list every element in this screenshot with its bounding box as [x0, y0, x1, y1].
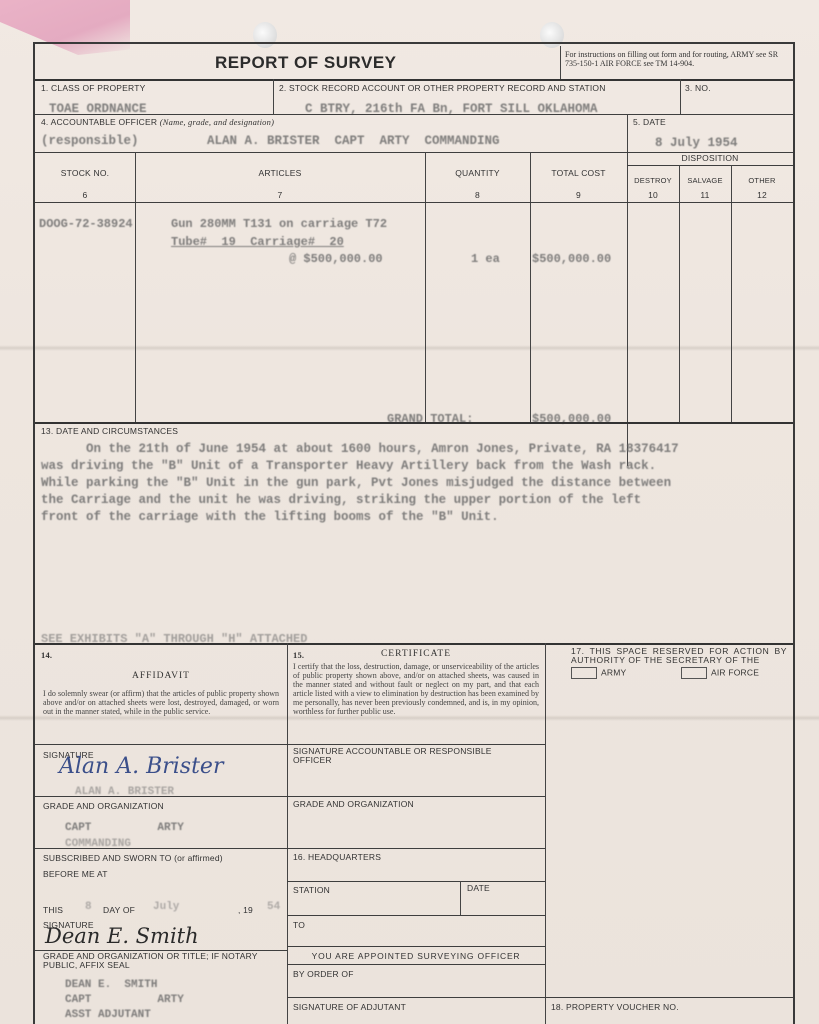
- responsible-prefix: (responsible): [41, 134, 139, 148]
- affidavit-signature[interactable]: Alan A. Brister: [59, 754, 223, 779]
- divider: [627, 114, 628, 466]
- accountable-officer-label-note: (Name, grade, and designation): [160, 117, 274, 127]
- certificate-signature-label: SIGNATURE ACCOUNTABLE OR RESPONSIBLE OFF…: [293, 747, 513, 765]
- circumstances-line: was driving the "B" Unit of a Transporte…: [41, 458, 679, 475]
- certificate-title: CERTIFICATE: [287, 649, 545, 659]
- quantity-cell[interactable]: 1 ea: [471, 252, 500, 266]
- this-label: THIS: [43, 905, 63, 915]
- affidavit-text: I do solemnly swear (or affirm) that the…: [43, 689, 279, 716]
- divider: [560, 46, 561, 79]
- sworn-label: SUBSCRIBED AND SWORN TO (or affirmed): [43, 853, 223, 863]
- circumstances-line: While parking the "B" Unit in the gun pa…: [41, 475, 679, 492]
- certificate-text: I certify that the loss, destruction, da…: [293, 662, 539, 716]
- hq-date-label: DATE: [467, 883, 490, 893]
- date-label: 5. DATE: [633, 117, 666, 127]
- divider: [35, 202, 793, 203]
- divider: [35, 114, 793, 115]
- col-salvage-header: SALVAGE: [679, 176, 731, 185]
- accountable-officer-value[interactable]: ALAN A. BRISTER CAPT ARTY COMMANDING: [207, 134, 500, 148]
- circumstances-line: On the 21th of June 1954 at about 1600 h…: [41, 441, 679, 458]
- circumstances-line: front of the carriage with the lifting b…: [41, 509, 679, 526]
- year-prefix: , 19: [238, 905, 253, 915]
- routing-instructions: For instructions on filling out form and…: [565, 50, 791, 68]
- number-label: 3. NO.: [685, 83, 711, 93]
- circumstances-label: 13. DATE AND CIRCUMSTANCES: [41, 426, 178, 436]
- divider: [545, 997, 793, 998]
- month-value[interactable]: July: [153, 901, 179, 913]
- to-label: TO: [293, 920, 305, 930]
- notary-line2[interactable]: CAPT ARTY: [65, 994, 184, 1006]
- disposition-header: DISPOSITION: [627, 153, 793, 163]
- divider: [287, 643, 288, 1024]
- col-quantity-header: QUANTITY: [425, 168, 530, 178]
- col-other-num: 12: [731, 190, 793, 200]
- divider: [545, 643, 546, 1024]
- circumstances-text[interactable]: On the 21th of June 1954 at about 1600 h…: [41, 441, 679, 526]
- col-quantity-num: 8: [425, 190, 530, 200]
- air-force-checkbox-box[interactable]: [681, 667, 707, 679]
- col-articles-num: 7: [135, 190, 425, 200]
- col-salvage-num: 11: [679, 190, 731, 200]
- date-value[interactable]: 8 July 1954: [655, 136, 738, 150]
- divider: [35, 744, 287, 745]
- report-of-survey-form: REPORT OF SURVEY For instructions on fil…: [33, 42, 795, 1024]
- before-me-label: BEFORE ME AT: [43, 869, 108, 879]
- article-cell-line3[interactable]: @ $500,000.00: [289, 252, 383, 266]
- divider: [35, 422, 793, 424]
- stock-no-cell[interactable]: DOOG-72-38924: [39, 217, 133, 231]
- divider: [287, 997, 545, 998]
- air-force-label: AIR FORCE: [711, 667, 759, 677]
- affidavit-title: AFFIDAVIT: [35, 671, 287, 681]
- col-stock-no-header: STOCK NO.: [35, 168, 135, 178]
- day-value[interactable]: 8: [85, 901, 92, 913]
- divider: [460, 881, 461, 915]
- accountable-officer-label: 4. ACCOUNTABLE OFFICER (Name, grade, and…: [41, 117, 274, 127]
- col-articles-header: ARTICLES: [135, 168, 425, 178]
- divider: [287, 881, 545, 882]
- divider: [627, 165, 793, 166]
- col-destroy-header: DESTROY: [627, 176, 679, 185]
- col-total-cost-num: 9: [530, 190, 627, 200]
- by-order-label: BY ORDER OF: [293, 969, 354, 979]
- divider: [287, 964, 545, 965]
- col-total-cost-header: TOTAL COST: [530, 168, 627, 178]
- divider: [287, 915, 545, 916]
- divider: [680, 79, 681, 114]
- army-checkbox-box[interactable]: [571, 667, 597, 679]
- col-destroy-num: 10: [627, 190, 679, 200]
- total-cost-cell[interactable]: $500,000.00: [532, 252, 611, 266]
- divider: [287, 744, 545, 745]
- day-of-label: DAY OF: [103, 905, 135, 915]
- circumstances-line: the Carriage and the unit he was driving…: [41, 492, 679, 509]
- affidavit-grade-value[interactable]: CAPT ARTY: [65, 822, 184, 834]
- headquarters-label: 16. HEADQUARTERS: [293, 852, 381, 862]
- divider: [273, 79, 274, 114]
- accountable-officer-label-text: 4. ACCOUNTABLE OFFICER: [41, 117, 157, 127]
- appointed-text: YOU ARE APPOINTED SURVEYING OFFICER: [287, 951, 545, 961]
- col-other-header: OTHER: [731, 176, 793, 185]
- reserved-label: 17. THIS SPACE RESERVED FOR ACTION BY AU…: [571, 647, 787, 665]
- notary-label: GRADE AND ORGANIZATION OR TITLE; IF NOTA…: [43, 952, 283, 970]
- adjutant-signature-label: SIGNATURE OF ADJUTANT: [293, 1002, 406, 1012]
- army-checkbox[interactable]: ARMY: [571, 667, 626, 679]
- article-cell-line2[interactable]: Tube# 19 Carriage# 20: [171, 235, 344, 249]
- form-title: REPORT OF SURVEY: [215, 53, 397, 73]
- air-force-checkbox[interactable]: AIR FORCE: [681, 667, 759, 679]
- divider: [35, 848, 287, 849]
- stock-record-account-label: 2. STOCK RECORD ACCOUNT OR OTHER PROPERT…: [279, 83, 606, 93]
- year-value[interactable]: 54: [267, 901, 280, 913]
- notary-signature[interactable]: Dean E. Smith: [45, 924, 199, 948]
- divider: [35, 796, 287, 797]
- class-of-property-label: 1. CLASS OF PROPERTY: [41, 83, 145, 93]
- army-label: ARMY: [601, 667, 626, 677]
- property-voucher-label: 18. PROPERTY VOUCHER NO.: [551, 1002, 679, 1012]
- article-cell-line1[interactable]: Gun 280MM T131 on carriage T72: [171, 217, 387, 231]
- station-label: STATION: [293, 885, 330, 895]
- divider: [287, 796, 545, 797]
- divider: [679, 165, 680, 422]
- notary-line3[interactable]: ASST ADJUTANT: [65, 1009, 151, 1021]
- notary-line1[interactable]: DEAN E. SMITH: [65, 979, 157, 991]
- divider: [35, 643, 793, 645]
- affidavit-grade-label: GRADE AND ORGANIZATION: [43, 801, 164, 811]
- affidavit-num: 14.: [41, 650, 52, 660]
- certificate-grade-label: GRADE AND ORGANIZATION: [293, 799, 414, 809]
- col-stock-no-num: 6: [35, 190, 135, 200]
- divider: [287, 848, 545, 849]
- divider: [731, 165, 732, 422]
- divider: [287, 946, 545, 947]
